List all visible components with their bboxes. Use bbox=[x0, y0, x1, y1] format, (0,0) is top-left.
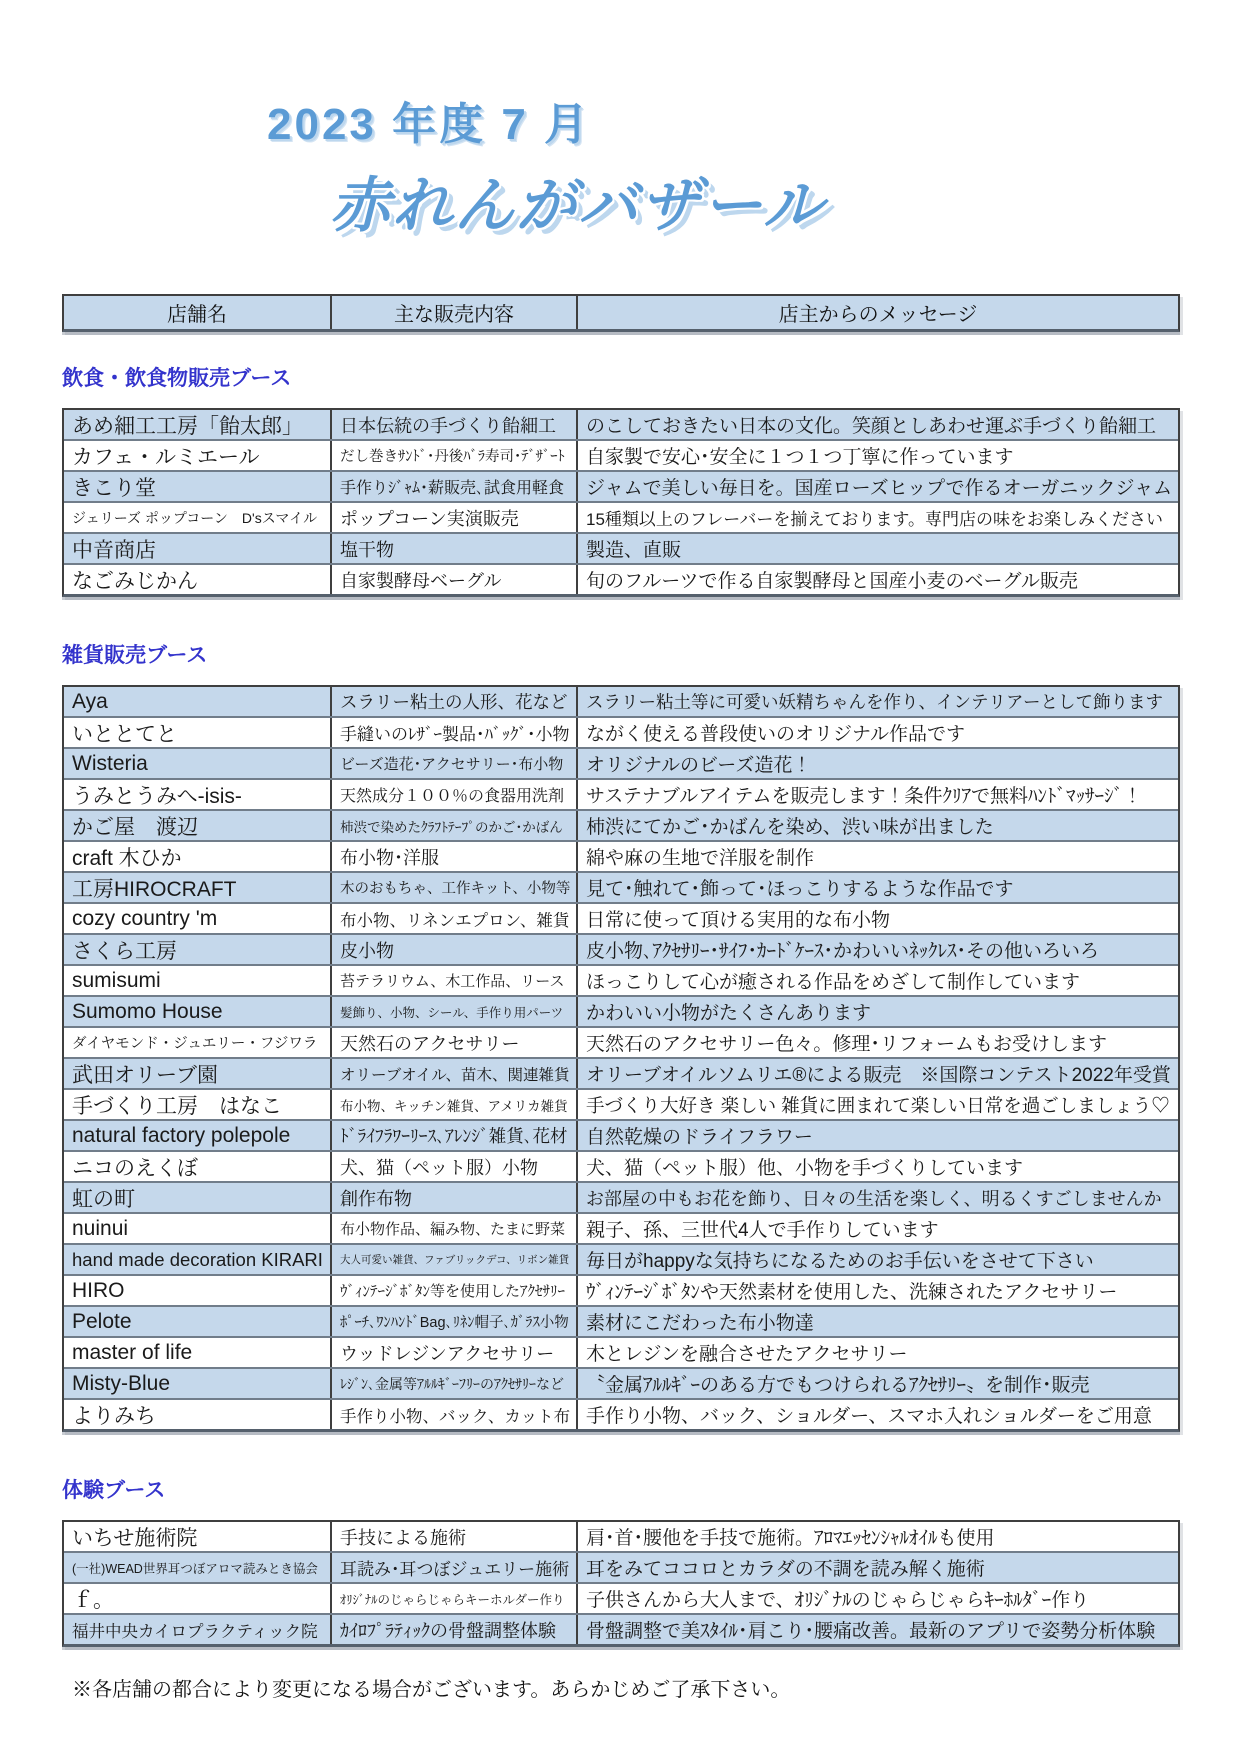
owner-message-cell: 〝金属ｱﾙﾙｷﾞｰのある方でもつけられるｱｸｾｻﾘｰ〟を制作･販売 bbox=[578, 1369, 1178, 1398]
owner-message-cell: スラリー粘土等に可愛い妖精ちゃんを作り、インテリアーとして飾ります bbox=[578, 687, 1178, 716]
owner-message-cell: オリジナルのビーズ造花！ bbox=[578, 749, 1178, 778]
shop-name-cell: craft 木ひか bbox=[64, 842, 332, 871]
table-row: Peloteﾎﾟｰﾁ､ﾜﾝﾊﾝﾄﾞBag､ﾘﾈﾝ帽子､ｶﾞﾗｽ小物素材にこだわっ… bbox=[64, 1307, 1178, 1338]
table-row: 中音商店塩干物製造、直販 bbox=[64, 534, 1178, 565]
table-row: (一社)WEAD世界耳つぼアロマ読みとき協会耳読み･耳つぼジュエリー施術耳をみて… bbox=[64, 1553, 1178, 1584]
shop-name-cell: さくら工房 bbox=[64, 935, 332, 964]
table-row: あめ細工工房「飴太郎」日本伝統の手づくり飴細工のこしておきたい日本の文化。笑顔と… bbox=[64, 410, 1178, 441]
sales-content-cell: ﾚｼﾞﾝ､金属等ｱﾙﾙｷﾞｰﾌﾘｰのｱｸｾｻﾘｰなど bbox=[332, 1369, 578, 1398]
shop-name-cell: Wisteria bbox=[64, 749, 332, 778]
table-row: カフェ・ルミエールだし巻きｻﾝﾄﾞ･丹後ﾊﾞﾗ寿司･ﾃﾞｻﾞｰﾄ自家製で安心･安… bbox=[64, 441, 1178, 472]
shop-name-cell: いととてと bbox=[64, 718, 332, 747]
shop-name-cell: 武田オリーブ園 bbox=[64, 1059, 332, 1088]
table-row: Ayaスラリー粘土の人形、花などスラリー粘土等に可愛い妖精ちゃんを作り、インテリ… bbox=[64, 687, 1178, 718]
table-row: なごみじかん自家製酵母ベーグル旬のフルーツで作る自家製酵母と国産小麦のベーグル販… bbox=[64, 565, 1178, 594]
sales-content-cell: だし巻きｻﾝﾄﾞ･丹後ﾊﾞﾗ寿司･ﾃﾞｻﾞｰﾄ bbox=[332, 441, 578, 470]
shop-name-cell: nuinui bbox=[64, 1214, 332, 1243]
shop-name-cell: HIRO bbox=[64, 1276, 332, 1305]
sales-content-cell: 手縫いのﾚｻﾞｰ製品･ﾊﾞｯｸﾞ･小物 bbox=[332, 718, 578, 747]
table-row: 福井中央カイロプラクティック院ｶｲﾛﾌﾟﾗﾃｨｯｸの骨盤調整体験骨盤調整で美ｽﾀ… bbox=[64, 1615, 1178, 1644]
table-row: nuinui布小物作品、編み物、たまに野菜親子、孫、三世代4人で手作りしています bbox=[64, 1214, 1178, 1245]
section-label: 体験ブース bbox=[62, 1474, 1180, 1504]
sales-content-cell: 天然石のアクセサリー bbox=[332, 1028, 578, 1057]
sales-content-cell: ﾄﾞﾗｲﾌﾗﾜｰﾘｰｽ､ｱﾚﾝｼﾞ雑貨､花材 bbox=[332, 1121, 578, 1150]
sales-content-cell: 日本伝統の手づくり飴細工 bbox=[332, 410, 578, 439]
column-header-row: 店舗名 主な販売内容 店主からのメッセージ bbox=[64, 296, 1178, 329]
sales-content-cell: 髪飾り、小物、シール、手作り用パーツ bbox=[332, 997, 578, 1026]
column-header-sales: 主な販売内容 bbox=[332, 296, 578, 329]
table-row: hand made decoration KIRARI大人可愛い雑貨、ファブリッ… bbox=[64, 1245, 1178, 1276]
owner-message-cell: 耳をみてココロとカラダの不調を読み解く施術 bbox=[578, 1553, 1178, 1582]
shop-name-cell: かご屋 渡辺 bbox=[64, 811, 332, 840]
table-row: Misty-Blueﾚｼﾞﾝ､金属等ｱﾙﾙｷﾞｰﾌﾘｰのｱｸｾｻﾘｰなど〝金属ｱ… bbox=[64, 1369, 1178, 1400]
shop-name-cell: 虹の町 bbox=[64, 1183, 332, 1212]
shop-name-cell: ニコのえくぼ bbox=[64, 1152, 332, 1181]
table-row: よりみち手作り小物、バック、カット布手作り小物、バック、ショルダー、スマホ入れシ… bbox=[64, 1400, 1178, 1429]
shop-name-cell: なごみじかん bbox=[64, 565, 332, 594]
sales-content-cell: 布小物作品、編み物、たまに野菜 bbox=[332, 1214, 578, 1243]
table-row: natural factory polepoleﾄﾞﾗｲﾌﾗﾜｰﾘｰｽ､ｱﾚﾝｼ… bbox=[64, 1121, 1178, 1152]
table-row: ニコのえくぼ犬、猫（ペット服）小物犬、猫（ペット服）他、小物を手づくりしています bbox=[64, 1152, 1178, 1183]
table-row: 工房HIROCRAFT木のおもちゃ、工作キット、小物等見て･触れて･飾って･ほっ… bbox=[64, 873, 1178, 904]
shop-name-cell: hand made decoration KIRARI bbox=[64, 1245, 332, 1274]
owner-message-cell: 親子、孫、三世代4人で手作りしています bbox=[578, 1214, 1178, 1243]
table-row: craft 木ひか布小物･洋服綿や麻の生地で洋服を制作 bbox=[64, 842, 1178, 873]
column-header-shop-name: 店舗名 bbox=[64, 296, 332, 329]
sales-content-cell: ウッドレジンアクセサリー bbox=[332, 1338, 578, 1367]
owner-message-cell: かわいい小物がたくさんあります bbox=[578, 997, 1178, 1026]
shop-name-cell: よりみち bbox=[64, 1400, 332, 1429]
sales-content-cell: 皮小物 bbox=[332, 935, 578, 964]
page: 2023 年度 7 月 赤れんがバザール 店舗名 主な販売内容 店主からのメッセ… bbox=[62, 0, 1180, 1702]
owner-message-cell: 皮小物､ｱｸｾｻﾘｰ･ｻｲﾌ･ｶｰﾄﾞｹｰｽ･かわいいﾈｯｸﾚｽ･その他いろいろ bbox=[578, 935, 1178, 964]
sales-content-cell: 手作り小物、バック、カット布 bbox=[332, 1400, 578, 1429]
title-event-name: 赤れんがバザール bbox=[330, 158, 1180, 244]
sales-content-cell: 犬、猫（ペット服）小物 bbox=[332, 1152, 578, 1181]
owner-message-cell: 手づくり大好き 楽しい 雑貨に囲まれて楽しい日常を過ごしましょう♡ bbox=[578, 1090, 1178, 1119]
table-row: Sumomo House髪飾り、小物、シール、手作り用パーツかわいい小物がたくさ… bbox=[64, 997, 1178, 1028]
table-row: 武田オリーブ園オリーブオイル、苗木、関連雑貨オリーブオイルソムリエ®による販売 … bbox=[64, 1059, 1178, 1090]
sales-content-cell: 塩干物 bbox=[332, 534, 578, 563]
owner-message-cell: 見て･触れて･飾って･ほっこりするような作品です bbox=[578, 873, 1178, 902]
table-row: かご屋 渡辺柿渋で染めたｸﾗﾌﾄﾃｰﾌﾟのかご･かばん柿渋にてかご･かばんを染め… bbox=[64, 811, 1178, 842]
owner-message-cell: 犬、猫（ペット服）他、小物を手づくりしています bbox=[578, 1152, 1178, 1181]
column-header-message: 店主からのメッセージ bbox=[578, 296, 1178, 329]
table-row: 手づくり工房 はなこ布小物、キッチン雑貨、アメリカ雑貨手づくり大好き 楽しい 雑… bbox=[64, 1090, 1178, 1121]
shop-name-cell: うみとうみへ-isis- bbox=[64, 780, 332, 809]
shop-name-cell: ジェリーズ ポップコーン D'sスマイル bbox=[64, 503, 332, 532]
table-row: ｆ。ｵﾘｼﾞﾅﾙのじゃらじゃらキーホルダー作り子供さんから大人まで、ｵﾘｼﾞﾅﾙ… bbox=[64, 1584, 1178, 1615]
sales-content-cell: ｳﾞｨﾝﾃｰｼﾞﾎﾞﾀﾝ等を使用したｱｸｾｻﾘｰ bbox=[332, 1276, 578, 1305]
sales-content-cell: スラリー粘土の人形、花など bbox=[332, 687, 578, 716]
shop-name-cell: Pelote bbox=[64, 1307, 332, 1336]
footer-note: ※各店舗の都合により変更になる場合がございます。あらかじめご了承下さい。 bbox=[72, 1673, 1180, 1702]
shop-name-cell: 中音商店 bbox=[64, 534, 332, 563]
shop-name-cell: Aya bbox=[64, 687, 332, 716]
column-header-table: 店舗名 主な販売内容 店主からのメッセージ bbox=[62, 294, 1180, 332]
sales-content-cell: ﾎﾟｰﾁ､ﾜﾝﾊﾝﾄﾞBag､ﾘﾈﾝ帽子､ｶﾞﾗｽ小物 bbox=[332, 1307, 578, 1336]
shop-name-cell: ｆ。 bbox=[64, 1584, 332, 1613]
shop-name-cell: cozy country 'm bbox=[64, 904, 332, 933]
table-row: HIROｳﾞｨﾝﾃｰｼﾞﾎﾞﾀﾝ等を使用したｱｸｾｻﾘｰｳﾞｨﾝﾃｰｼﾞﾎﾞﾀﾝ… bbox=[64, 1276, 1178, 1307]
table-row: ジェリーズ ポップコーン D'sスマイルポップコーン実演販売15種類以上のフレー… bbox=[64, 503, 1178, 534]
sales-content-cell: 自家製酵母ベーグル bbox=[332, 565, 578, 594]
sales-content-cell: 布小物、リネンエプロン、雑貨 bbox=[332, 904, 578, 933]
owner-message-cell: 綿や麻の生地で洋服を制作 bbox=[578, 842, 1178, 871]
table-row: いちせ施術院手技による施術肩･首･腰他を手技で施術。ｱﾛﾏｴｯｾﾝｼｬﾙｵｲﾙも… bbox=[64, 1522, 1178, 1553]
owner-message-cell: 日常に使って頂ける実用的な布小物 bbox=[578, 904, 1178, 933]
owner-message-cell: 手作り小物、バック、ショルダー、スマホ入れショルダーをご用意 bbox=[578, 1400, 1178, 1429]
section-label: 飲食・飲食物販売ブース bbox=[62, 362, 1180, 392]
table-row: いととてと手縫いのﾚｻﾞｰ製品･ﾊﾞｯｸﾞ･小物ながく使える普段使いのオリジナル… bbox=[64, 718, 1178, 749]
sales-content-cell: 布小物･洋服 bbox=[332, 842, 578, 871]
sales-content-cell: 木のおもちゃ、工作キット、小物等 bbox=[332, 873, 578, 902]
table-row: master of lifeウッドレジンアクセサリー木とレジンを融合させたアクセ… bbox=[64, 1338, 1178, 1369]
shop-name-cell: sumisumi bbox=[64, 966, 332, 995]
owner-message-cell: サステナブルアイテムを販売します！条件ｸﾘｱで無料ﾊﾝﾄﾞﾏｯｻｰｼﾞ！ bbox=[578, 780, 1178, 809]
owner-message-cell: ながく使える普段使いのオリジナル作品です bbox=[578, 718, 1178, 747]
shop-name-cell: いちせ施術院 bbox=[64, 1522, 332, 1551]
title-year-month: 2023 年度 7 月 bbox=[267, 88, 1180, 152]
owner-message-cell: 天然石のアクセサリー色々。修理･リフォームもお受けします bbox=[578, 1028, 1178, 1057]
owner-message-cell: ｳﾞｨﾝﾃｰｼﾞﾎﾞﾀﾝや天然素材を使用した、洗練されたアクセサリー bbox=[578, 1276, 1178, 1305]
sales-content-cell: 耳読み･耳つぼジュエリー施術 bbox=[332, 1553, 578, 1582]
sales-content-cell: 手技による施術 bbox=[332, 1522, 578, 1551]
table-row: うみとうみへ-isis-天然成分１００％の食器用洗剤サステナブルアイテムを販売し… bbox=[64, 780, 1178, 811]
shop-name-cell: ダイヤモンド・ジュエリー・フジワラ bbox=[64, 1028, 332, 1057]
section-spacer bbox=[62, 597, 1180, 609]
owner-message-cell: 素材にこだわった布小物達 bbox=[578, 1307, 1178, 1336]
sales-content-cell: 手作りｼﾞｬﾑ･薪販売､試食用軽食 bbox=[332, 472, 578, 501]
owner-message-cell: 肩･首･腰他を手技で施術。ｱﾛﾏｴｯｾﾝｼｬﾙｵｲﾙも使用 bbox=[578, 1522, 1178, 1551]
sales-content-cell: 創作布物 bbox=[332, 1183, 578, 1212]
booth-table: いちせ施術院手技による施術肩･首･腰他を手技で施術。ｱﾛﾏｴｯｾﾝｼｬﾙｵｲﾙも… bbox=[62, 1520, 1180, 1647]
owner-message-cell: ジャムで美しい毎日を。国産ローズヒップで作るオーガニックジャム bbox=[578, 472, 1178, 501]
table-row: Wisteriaビーズ造花･アクセサリー･布小物オリジナルのビーズ造花！ bbox=[64, 749, 1178, 780]
sales-content-cell: ポップコーン実演販売 bbox=[332, 503, 578, 532]
owner-message-cell: 自然乾燥のドライフラワー bbox=[578, 1121, 1178, 1150]
owner-message-cell: 15種類以上のフレーバーを揃えております。専門店の味をお楽しみください bbox=[578, 503, 1178, 532]
owner-message-cell: 木とレジンを融合させたアクセサリー bbox=[578, 1338, 1178, 1367]
shop-name-cell: Sumomo House bbox=[64, 997, 332, 1026]
table-row: 虹の町創作布物お部屋の中もお花を飾り、日々の生活を楽しく、明るくすごしませんか bbox=[64, 1183, 1178, 1214]
table-row: きこり堂手作りｼﾞｬﾑ･薪販売､試食用軽食ジャムで美しい毎日を。国産ローズヒップ… bbox=[64, 472, 1178, 503]
sales-content-cell: 天然成分１００％の食器用洗剤 bbox=[332, 780, 578, 809]
table-row: cozy country 'm布小物、リネンエプロン、雑貨日常に使って頂ける実用… bbox=[64, 904, 1178, 935]
shop-name-cell: master of life bbox=[64, 1338, 332, 1367]
sales-content-cell: 柿渋で染めたｸﾗﾌﾄﾃｰﾌﾟのかご･かばん bbox=[332, 811, 578, 840]
owner-message-cell: 毎日がhappyな気持ちになるためのお手伝いをさせて下さい bbox=[578, 1245, 1178, 1274]
shop-name-cell: 工房HIROCRAFT bbox=[64, 873, 332, 902]
shop-name-cell: カフェ・ルミエール bbox=[64, 441, 332, 470]
sales-content-cell: 布小物、キッチン雑貨、アメリカ雑貨 bbox=[332, 1090, 578, 1119]
owner-message-cell: 子供さんから大人まで、ｵﾘｼﾞﾅﾙのじゃらじゃらｷｰﾎﾙﾀﾞｰ作り bbox=[578, 1584, 1178, 1613]
table-row: sumisumi苔テラリウム、木工作品、リースほっこりして心が癒される作品をめざ… bbox=[64, 966, 1178, 997]
owner-message-cell: ほっこりして心が癒される作品をめざして制作しています bbox=[578, 966, 1178, 995]
section-spacer bbox=[62, 1432, 1180, 1444]
booth-table: Ayaスラリー粘土の人形、花などスラリー粘土等に可愛い妖精ちゃんを作り、インテリ… bbox=[62, 685, 1180, 1432]
section-label: 雑貨販売ブース bbox=[62, 639, 1180, 669]
section-tables: 飲食・飲食物販売ブースあめ細工工房「飴太郎」日本伝統の手づくり飴細工のこしておき… bbox=[62, 362, 1180, 1659]
owner-message-cell: お部屋の中もお花を飾り、日々の生活を楽しく、明るくすごしませんか bbox=[578, 1183, 1178, 1212]
table-row: さくら工房皮小物皮小物､ｱｸｾｻﾘｰ･ｻｲﾌ･ｶｰﾄﾞｹｰｽ･かわいいﾈｯｸﾚｽ… bbox=[64, 935, 1178, 966]
shop-name-cell: きこり堂 bbox=[64, 472, 332, 501]
shop-name-cell: あめ細工工房「飴太郎」 bbox=[64, 410, 332, 439]
sales-content-cell: 大人可愛い雑貨、ファブリックデコ、リボン雑貨 bbox=[332, 1245, 578, 1274]
sales-content-cell: ｶｲﾛﾌﾟﾗﾃｨｯｸの骨盤調整体験 bbox=[332, 1615, 578, 1644]
owner-message-cell: 旬のフルーツで作る自家製酵母と国産小麦のベーグル販売 bbox=[578, 565, 1178, 594]
shop-name-cell: 福井中央カイロプラクティック院 bbox=[64, 1615, 332, 1644]
owner-message-cell: オリーブオイルソムリエ®による販売 ※国際コンテスト2022年受賞 bbox=[578, 1059, 1178, 1088]
shop-name-cell: 手づくり工房 はなこ bbox=[64, 1090, 332, 1119]
sales-content-cell: ビーズ造花･アクセサリー･布小物 bbox=[332, 749, 578, 778]
owner-message-cell: 製造、直販 bbox=[578, 534, 1178, 563]
page-title: 2023 年度 7 月 赤れんがバザール bbox=[62, 0, 1180, 244]
owner-message-cell: 柿渋にてかご･かばんを染め、渋い味が出ました bbox=[578, 811, 1178, 840]
section-spacer bbox=[62, 1647, 1180, 1659]
shop-name-cell: Misty-Blue bbox=[64, 1369, 332, 1398]
owner-message-cell: のこしておきたい日本の文化。笑顔としあわせ運ぶ手づくり飴細工 bbox=[578, 410, 1178, 439]
table-row: ダイヤモンド・ジュエリー・フジワラ天然石のアクセサリー天然石のアクセサリー色々。… bbox=[64, 1028, 1178, 1059]
owner-message-cell: 骨盤調整で美ｽﾀｲﾙ･肩こり･腰痛改善。最新のアプリで姿勢分析体験 bbox=[578, 1615, 1178, 1644]
shop-name-cell: (一社)WEAD世界耳つぼアロマ読みとき協会 bbox=[64, 1553, 332, 1582]
owner-message-cell: 自家製で安心･安全に１つ１つ丁寧に作っています bbox=[578, 441, 1178, 470]
sales-content-cell: 苔テラリウム、木工作品、リース bbox=[332, 966, 578, 995]
shop-name-cell: natural factory polepole bbox=[64, 1121, 332, 1150]
booth-table: あめ細工工房「飴太郎」日本伝統の手づくり飴細工のこしておきたい日本の文化。笑顔と… bbox=[62, 408, 1180, 597]
sales-content-cell: オリーブオイル、苗木、関連雑貨 bbox=[332, 1059, 578, 1088]
sales-content-cell: ｵﾘｼﾞﾅﾙのじゃらじゃらキーホルダー作り bbox=[332, 1584, 578, 1613]
